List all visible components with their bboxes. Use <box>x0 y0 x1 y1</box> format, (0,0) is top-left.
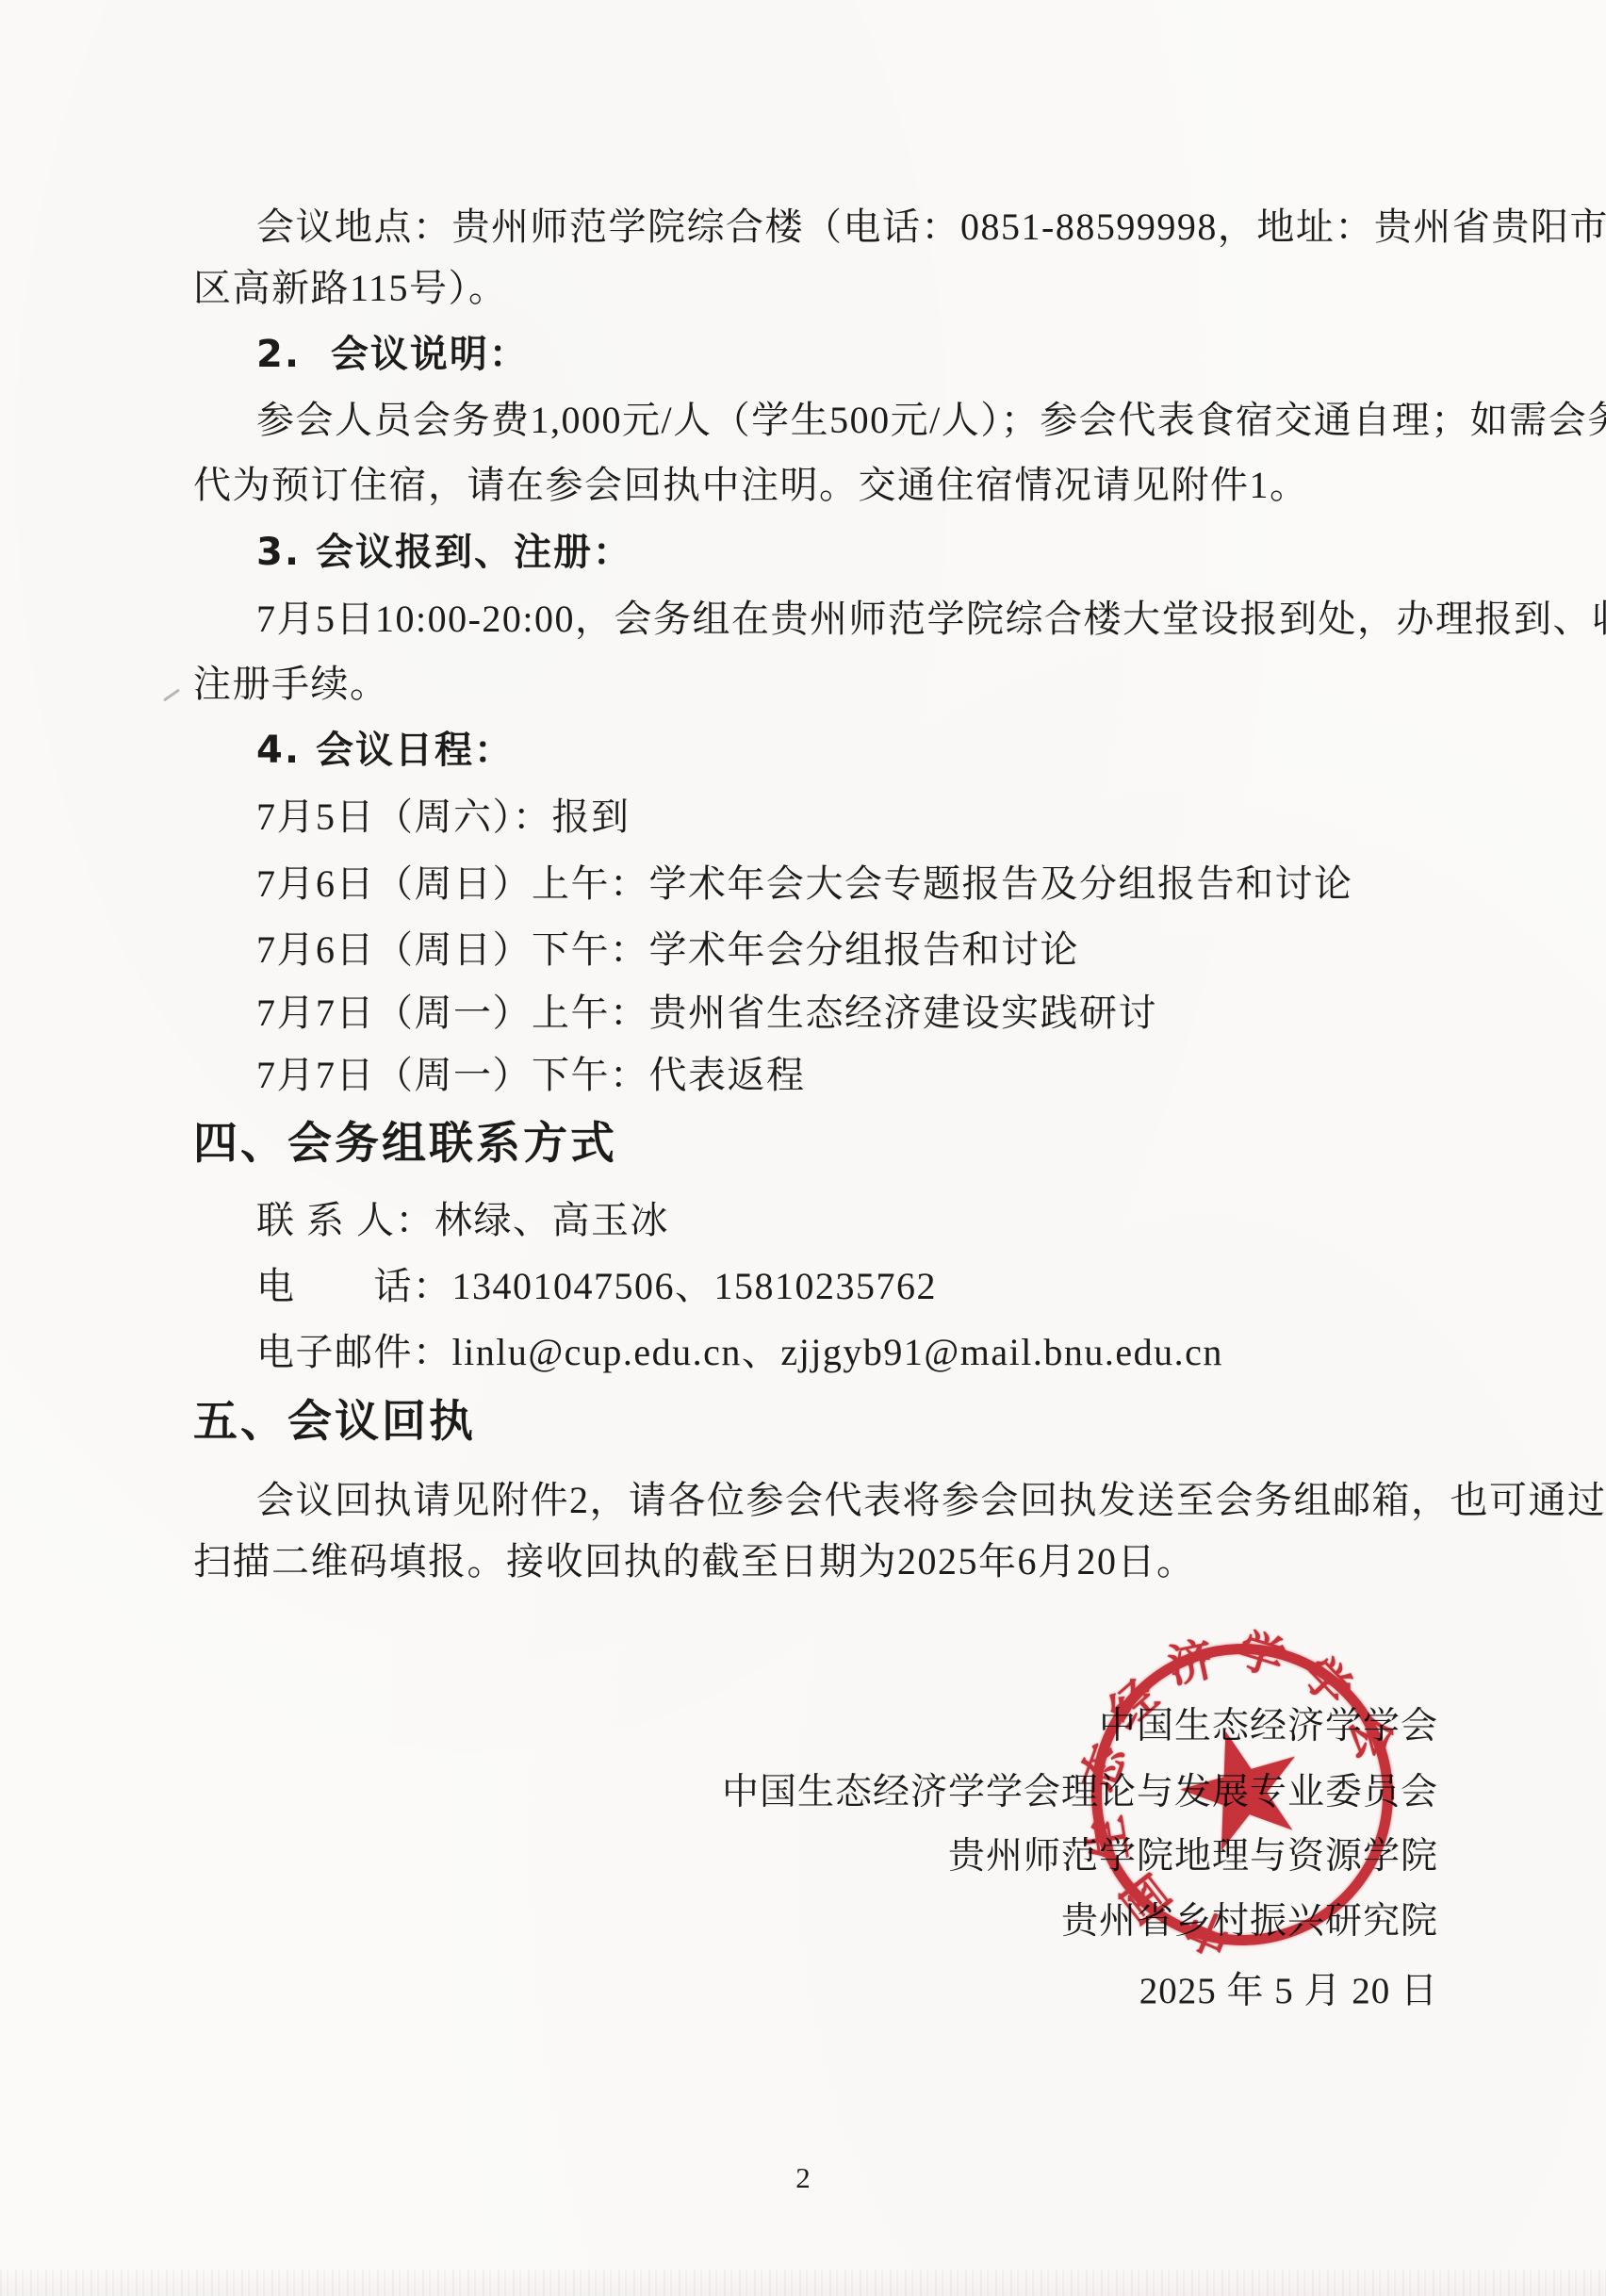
scanned-document-page: 会议地点：贵州师范学院综合楼（电话：0851-88599998，地址：贵州省贵阳… <box>0 0 1606 2296</box>
text-line: 2. 会议说明： <box>256 328 529 381</box>
text-line: 参会人员会务费1,000元/人（学生500元/人）；参会代表食宿交通自理；如需会… <box>256 394 1606 447</box>
text-line: 扫描二维码填报。接收回执的截至日期为2025年6月20日。 <box>193 1535 1196 1588</box>
text-line: 四、会务组联系方式 <box>193 1118 617 1171</box>
text-line: 电 话：13401047506、15810235762 <box>256 1260 937 1313</box>
text-line: 会议回执请见附件2，请各位参会代表将参会回执发送至会务组邮箱，也可通过微信 <box>256 1474 1606 1527</box>
text-line: 7月7日（周一）下午：代表返程 <box>256 1049 806 1102</box>
text-line: 4. 会议日程： <box>256 724 514 777</box>
text-line: 联 系 人：林绿、高玉冰 <box>256 1194 669 1247</box>
text-line: 7月6日（周日）下午：学术年会分组报告和讨论 <box>256 924 1079 976</box>
text-line: 7月5日（周六）：报到 <box>256 791 631 844</box>
text-line: 区高新路115号）。 <box>193 262 508 315</box>
text-line: 7月7日（周一）上午：贵州省生态经济建设实践研讨 <box>256 987 1157 1040</box>
text-line: 电子邮件：linlu@cup.edu.cn、zjjgyb91@mail.bnu.… <box>256 1326 1223 1379</box>
signature-line: 贵州省乡村振兴研究院 <box>1061 1896 1438 1947</box>
seal-ring-text: 中国生态经济学学会 <box>1087 1639 1388 1649</box>
text-line: 注册手续。 <box>193 658 389 711</box>
text-line: 会议地点：贵州师范学院综合楼（电话：0851-88599998，地址：贵州省贵阳… <box>256 201 1606 254</box>
text-line: 7月6日（周日）上午：学术年会大会专题报告及分组报告和讨论 <box>256 858 1353 910</box>
text-line: 3. 会议报到、注册： <box>256 526 632 579</box>
text-line: 7月5日10:00-20:00，会务组在贵州师范学院综合楼大堂设报到处，办理报到… <box>256 593 1606 646</box>
document-date: 2025 年 5 月 20 日 <box>1139 1966 1438 2017</box>
scan-artifact <box>163 689 180 702</box>
text-line: 五、会议回执 <box>193 1396 476 1449</box>
signature-line: 中国生态经济学学会 <box>1099 1701 1438 1752</box>
signature-line: 中国生态经济学学会理论与发展专业委员会 <box>722 1767 1438 1818</box>
text-line: 代为预订住宿，请在参会回执中注明。交通住宿情况请见附件1。 <box>193 459 1309 512</box>
scan-edge-streaks <box>0 2270 1606 2296</box>
signature-line: 贵州师范学院地理与资源学院 <box>948 1831 1438 1882</box>
page-number: 2 <box>0 2161 1606 2195</box>
